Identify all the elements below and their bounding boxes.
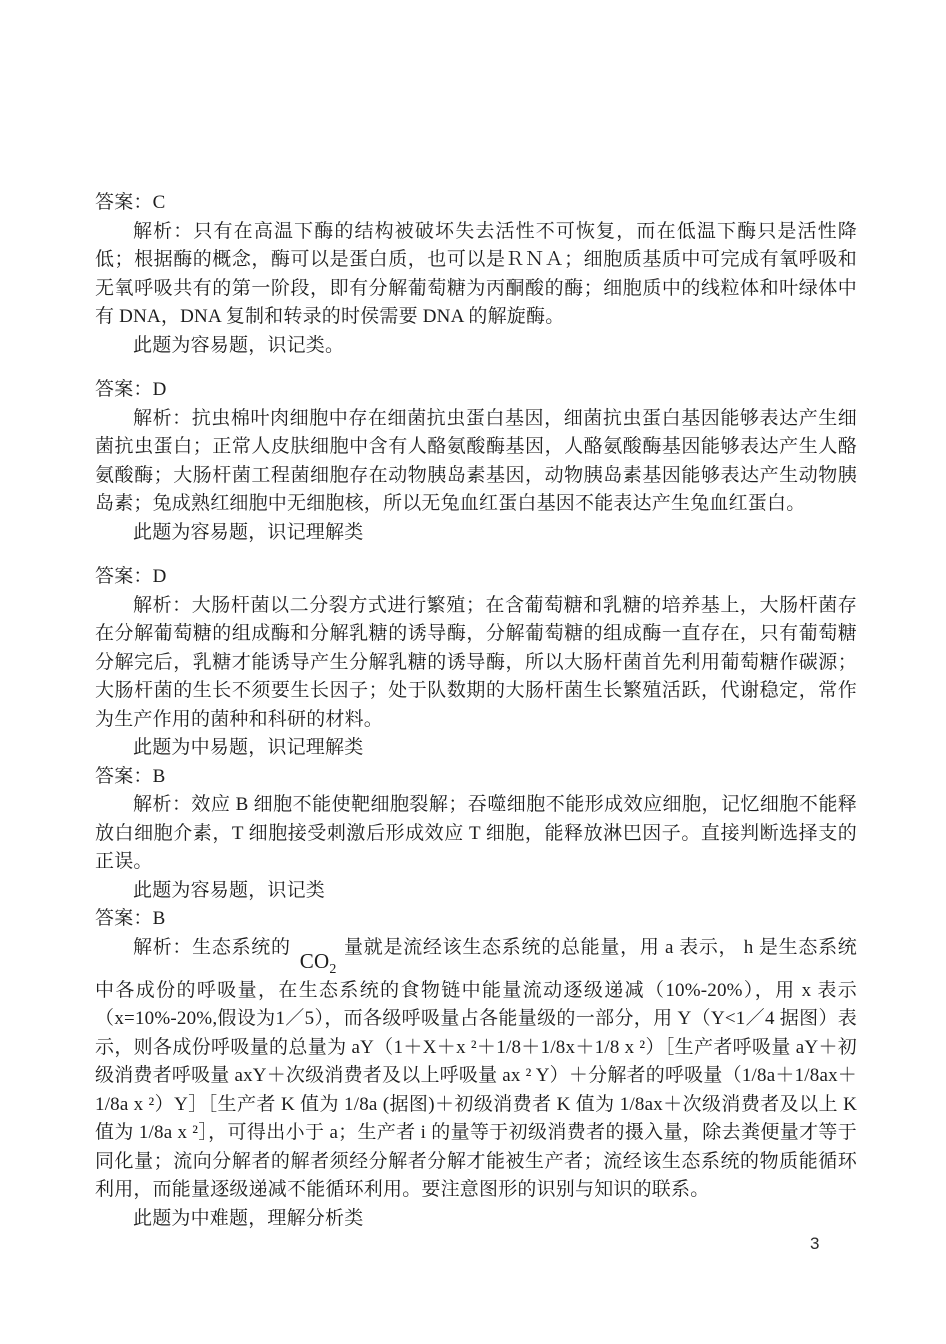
formula-subscript: 2 — [329, 962, 336, 977]
formula-main: CO — [300, 949, 330, 973]
difficulty-note: 此题为中易题，识记理解类 — [95, 734, 857, 763]
answer-line: 答案：B — [95, 905, 857, 934]
answer-line: 答案：C — [95, 189, 857, 218]
analysis-paragraph: 解析：生态系统的CO2量就是流经该生态系统的总能量，用 a 表示， h 是生态系… — [95, 934, 857, 1205]
difficulty-note: 此题为容易题，识记理解类 — [95, 519, 857, 548]
answer-block-3: 答案：D 解析：大肠杆菌以二分裂方式进行繁殖；在含葡萄糖和乳糖的培养基上，大肠杆… — [95, 563, 857, 763]
difficulty-note: 此题为容易题，识记类 — [95, 877, 857, 906]
answer-line: 答案：B — [95, 763, 857, 792]
analysis-text-prefix: 解析：生态系统的 — [133, 937, 291, 958]
answer-block-2: 答案：D 解析：抗虫棉叶肉细胞中存在细菌抗虫蛋白基因，细菌抗虫蛋白基因能够表达产… — [95, 376, 857, 547]
difficulty-note: 此题为容易题，识记类。 — [95, 332, 857, 361]
answer-explanations: 答案：C 解析：只有在高温下酶的结构被破坏失去活性不可恢复，而在低温下酶只是活性… — [95, 189, 857, 1233]
answer-line: 答案：D — [95, 376, 857, 405]
analysis-paragraph: 解析：抗虫棉叶肉细胞中存在细菌抗虫蛋白基因，细菌抗虫蛋白基因能够表达产生细菌抗虫… — [95, 405, 857, 519]
page-number: 3 — [810, 1234, 819, 1254]
answer-line: 答案：D — [95, 563, 857, 592]
answer-block-4: 答案：B 解析：效应 B 细胞不能使靶细胞裂解；吞噬细胞不能形成效应细胞，记忆细… — [95, 763, 857, 906]
analysis-text-suffix: 量就是流经该生态系统的总能量，用 a 表示， h 是生态系统中各成份的呼吸量，在… — [95, 937, 857, 1201]
co2-formula: CO2 — [291, 951, 344, 977]
analysis-paragraph: 解析：效应 B 细胞不能使靶细胞裂解；吞噬细胞不能形成效应细胞，记忆细胞不能释放… — [95, 791, 857, 877]
analysis-paragraph: 解析：只有在高温下酶的结构被破坏失去活性不可恢复，而在低温下酶只是活性降低；根据… — [95, 218, 857, 332]
document-page: 答案：C 解析：只有在高温下酶的结构被破坏失去活性不可恢复，而在低温下酶只是活性… — [0, 0, 946, 1344]
answer-block-1: 答案：C 解析：只有在高温下酶的结构被破坏失去活性不可恢复，而在低温下酶只是活性… — [95, 189, 857, 360]
difficulty-note: 此题为中难题，理解分析类 — [95, 1205, 857, 1234]
analysis-paragraph: 解析：大肠杆菌以二分裂方式进行繁殖；在含葡萄糖和乳糖的培养基上，大肠杆菌存在分解… — [95, 592, 857, 735]
answer-block-5: 答案：B 解析：生态系统的CO2量就是流经该生态系统的总能量，用 a 表示， h… — [95, 905, 857, 1233]
